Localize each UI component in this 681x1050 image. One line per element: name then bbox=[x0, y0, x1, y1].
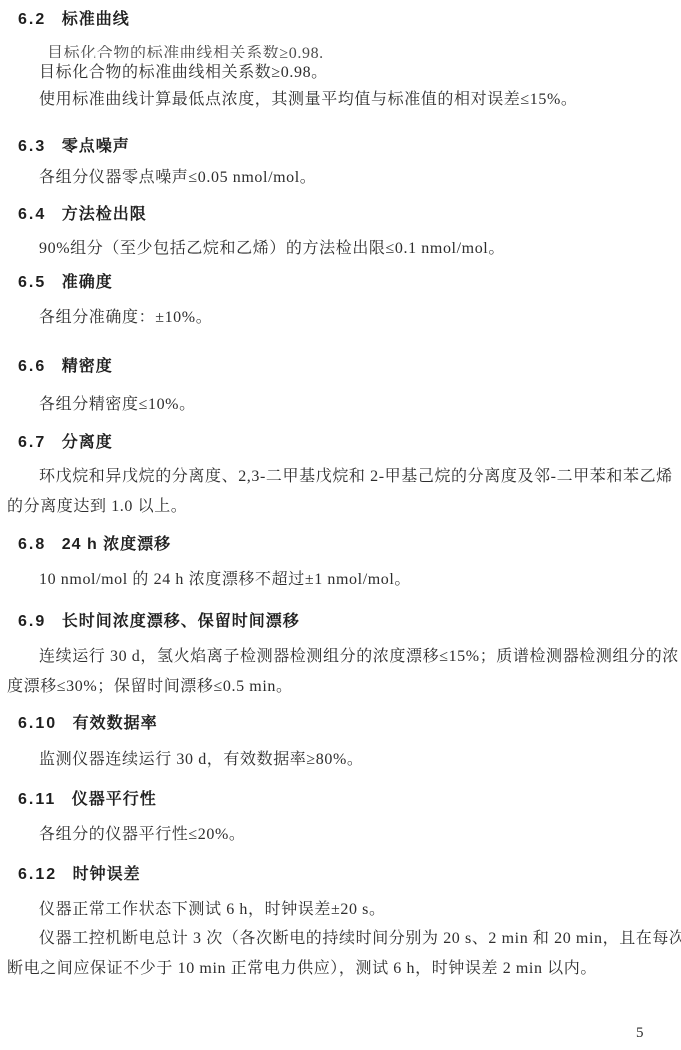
section-number: 6.6 bbox=[18, 356, 46, 378]
paragraph-line: 各组分准确度：±10%。 bbox=[39, 307, 212, 328]
section-title: 零点噪声 bbox=[62, 138, 130, 155]
section-6-9-heading: 6.9 长时间浓度漂移、保留时间漂移 bbox=[18, 611, 300, 633]
section-6-5-heading: 6.5 准确度 bbox=[18, 272, 113, 294]
section-number: 6.10 bbox=[18, 713, 57, 735]
section-number: 6.2 bbox=[18, 9, 46, 31]
paragraph-line: 断电之间应保证不少于 10 min 正常电力供应），测试 6 h，时钟误差 2 … bbox=[7, 958, 597, 979]
section-6-4-heading: 6.4 方法检出限 bbox=[18, 204, 147, 226]
section-title: 准确度 bbox=[62, 274, 113, 291]
section-title: 方法检出限 bbox=[62, 206, 147, 223]
paragraph-line: 使用标准曲线计算最低点浓度，其测量平均值与标准值的相对误差≤15%。 bbox=[39, 89, 578, 110]
section-number: 6.5 bbox=[18, 272, 46, 294]
paragraph-line: 仪器工控机断电总计 3 次（各次断电的持续时间分别为 20 s、2 min 和 … bbox=[39, 928, 681, 949]
section-6-8-heading: 6.8 24 h 浓度漂移 bbox=[18, 534, 171, 556]
section-title: 24 h 浓度漂移 bbox=[62, 536, 171, 553]
paragraph-line: 各组分的仪器平行性≤20%。 bbox=[39, 824, 246, 845]
section-title: 分离度 bbox=[62, 434, 113, 451]
paragraph-line: 环戊烷和异戊烷的分离度、2,3-二甲基戊烷和 2-甲基己烷的分离度及邻-二甲苯和… bbox=[39, 466, 673, 487]
section-number: 6.8 bbox=[18, 534, 46, 556]
paragraph-line: 90%组分（至少包括乙烷和乙烯）的方法检出限≤0.1 nmol/mol。 bbox=[39, 238, 505, 259]
section-number: 6.12 bbox=[18, 864, 57, 886]
paragraph-line: 的分离度达到 1.0 以上。 bbox=[7, 496, 187, 517]
paragraph-line: 监测仪器连续运行 30 d，有效数据率≥80%。 bbox=[39, 749, 364, 770]
paragraph-line: 仪器正常工作状态下测试 6 h，时钟误差±20 s。 bbox=[39, 899, 386, 920]
section-number: 6.9 bbox=[18, 611, 46, 633]
section-title: 标准曲线 bbox=[62, 11, 130, 28]
section-title: 时钟误差 bbox=[73, 866, 141, 883]
section-6-11-heading: 6.11 仪器平行性 bbox=[18, 789, 157, 811]
paragraph-line: 10 nmol/mol 的 24 h 浓度漂移不超过±1 nmol/mol。 bbox=[39, 569, 411, 590]
section-6-3-heading: 6.3 零点噪声 bbox=[18, 136, 130, 158]
document-page: 6.2 标准曲线 目标化合物的标准曲线相关系数≥0.98. 目标化合物的标准曲线… bbox=[0, 0, 681, 1050]
paragraph-line: 各组分精密度≤10%。 bbox=[39, 394, 196, 415]
ghost-clipped-line: 目标化合物的标准曲线相关系数≥0.98. bbox=[47, 45, 324, 58]
section-number: 6.3 bbox=[18, 136, 46, 158]
section-title: 仪器平行性 bbox=[72, 791, 157, 808]
section-6-7-heading: 6.7 分离度 bbox=[18, 432, 113, 454]
section-6-6-heading: 6.6 精密度 bbox=[18, 356, 113, 378]
section-number: 6.4 bbox=[18, 204, 46, 226]
section-title: 精密度 bbox=[62, 358, 113, 375]
paragraph-line: 度漂移≤30%；保留时间漂移≤0.5 min。 bbox=[7, 676, 293, 697]
paragraph-line: 目标化合物的标准曲线相关系数≥0.98。 bbox=[39, 62, 328, 83]
section-6-2-heading: 6.2 标准曲线 bbox=[18, 9, 130, 31]
paragraph-line: 各组分仪器零点噪声≤0.05 nmol/mol。 bbox=[39, 167, 316, 188]
page-number: 5 bbox=[636, 1024, 644, 1042]
paragraph-line: 连续运行 30 d，氢火焰离子检测器检测组分的浓度漂移≤15%；质谱检测器检测组… bbox=[39, 646, 679, 667]
section-number: 6.7 bbox=[18, 432, 46, 454]
section-title: 长时间浓度漂移、保留时间漂移 bbox=[62, 613, 300, 630]
section-number: 6.11 bbox=[18, 789, 56, 811]
section-title: 有效数据率 bbox=[73, 715, 158, 732]
section-6-10-heading: 6.10 有效数据率 bbox=[18, 713, 158, 735]
section-6-12-heading: 6.12 时钟误差 bbox=[18, 864, 141, 886]
